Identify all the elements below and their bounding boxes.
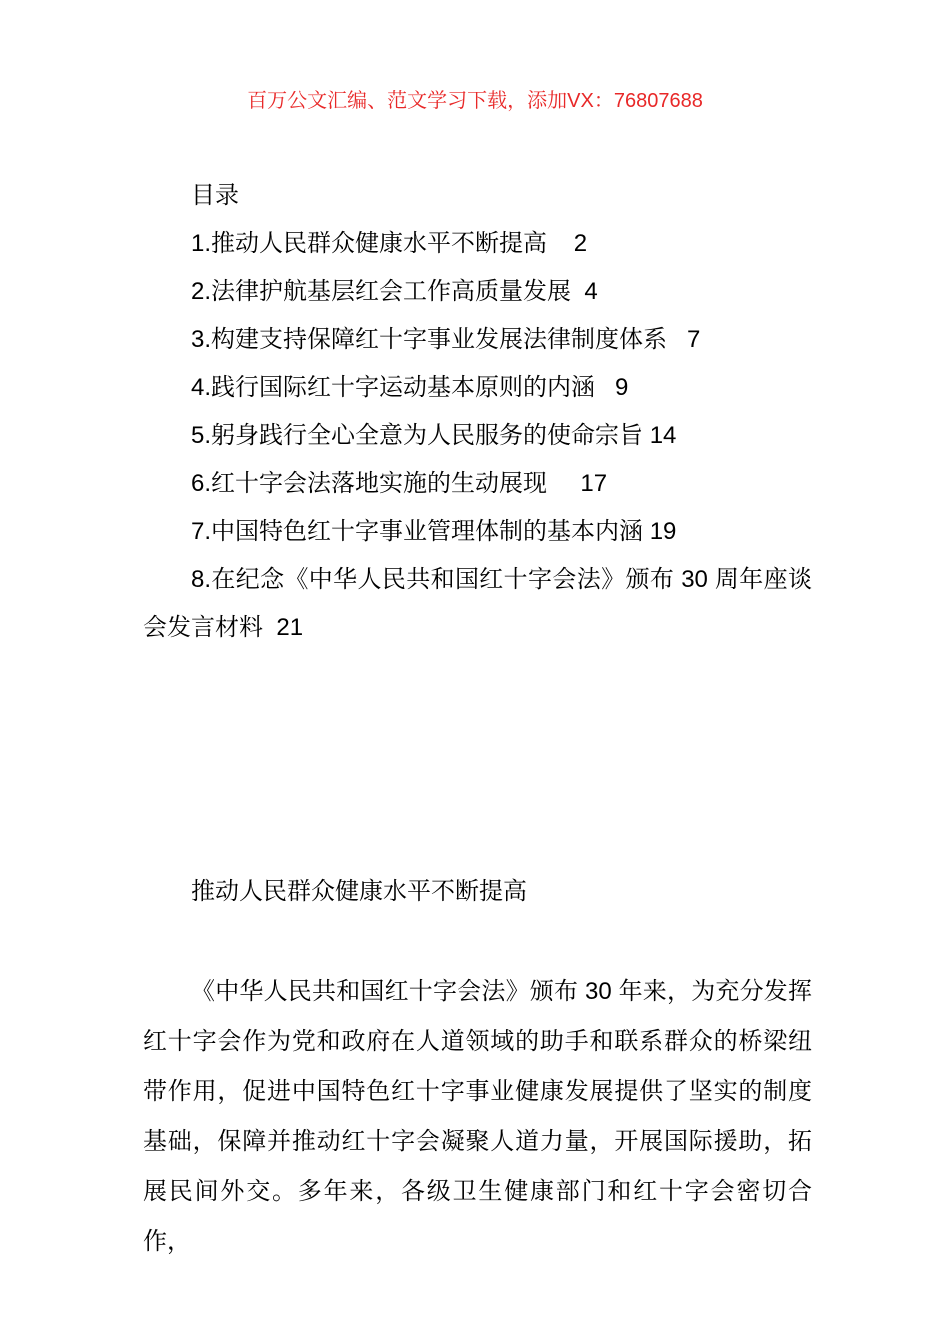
toc-item-text: 6.红十字会法落地实施的生动展现 xyxy=(191,470,580,497)
table-of-contents: 目录 1.推动人民群众健康水平不断提高 22.法律护航基层红会工作高质量发展 4… xyxy=(143,0,812,652)
toc-item-page: 21 xyxy=(276,614,303,641)
toc-item-text: 5.躬身践行全心全意为人民服务的使命宗旨 xyxy=(191,422,650,449)
toc-item-page: 14 xyxy=(650,422,677,449)
toc-item: 6.红十字会法落地实施的生动展现 17 xyxy=(143,460,812,508)
toc-item: 7.中国特色红十字事业管理体制的基本内涵 19 xyxy=(143,508,812,556)
toc-title: 目录 xyxy=(143,172,812,220)
toc-item-text: 8.在纪念《中华人民共和国红十字会法》颁布 30 周年座谈会发言材料 xyxy=(143,566,812,641)
toc-list: 1.推动人民群众健康水平不断提高 22.法律护航基层红会工作高质量发展 43.构… xyxy=(143,220,812,652)
toc-item-text: 3.构建支持保障红十字事业发展法律制度体系 xyxy=(191,326,687,353)
content-area: 目录 1.推动人民群众健康水平不断提高 22.法律护航基层红会工作高质量发展 4… xyxy=(143,0,812,1267)
toc-item: 3.构建支持保障红十字事业发展法律制度体系 7 xyxy=(143,316,812,364)
toc-item: 5.躬身践行全心全意为人民服务的使命宗旨 14 xyxy=(143,412,812,460)
toc-item: 8.在纪念《中华人民共和国红十字会法》颁布 30 周年座谈会发言材料 21 xyxy=(143,556,812,652)
document-page: 百万公文汇编、范文学习下载，添加VX：76807688 目录 1.推动人民群众健… xyxy=(0,0,950,1344)
toc-item-text: 2.法律护航基层红会工作高质量发展 xyxy=(191,278,584,305)
toc-item-page: 9 xyxy=(615,374,628,401)
toc-item-page: 17 xyxy=(580,470,607,497)
section-title: 推动人民群众健康水平不断提高 xyxy=(143,867,812,917)
body-paragraph: 《中华人民共和国红十字会法》颁布 30 年来，为充分发挥红十字会作为党和政府在人… xyxy=(143,967,812,1267)
toc-item-page: 2 xyxy=(574,230,587,257)
toc-item-page: 19 xyxy=(650,518,677,545)
toc-item: 2.法律护航基层红会工作高质量发展 4 xyxy=(143,268,812,316)
toc-item-page: 7 xyxy=(687,326,700,353)
toc-item-text: 4.践行国际红十字运动基本原则的内涵 xyxy=(191,374,615,401)
toc-item-page: 4 xyxy=(584,278,597,305)
toc-item: 1.推动人民群众健康水平不断提高 2 xyxy=(143,220,812,268)
toc-item-text: 7.中国特色红十字事业管理体制的基本内涵 xyxy=(191,518,650,545)
toc-item: 4.践行国际红十字运动基本原则的内涵 9 xyxy=(143,364,812,412)
toc-item-text: 1.推动人民群众健康水平不断提高 xyxy=(191,230,574,257)
